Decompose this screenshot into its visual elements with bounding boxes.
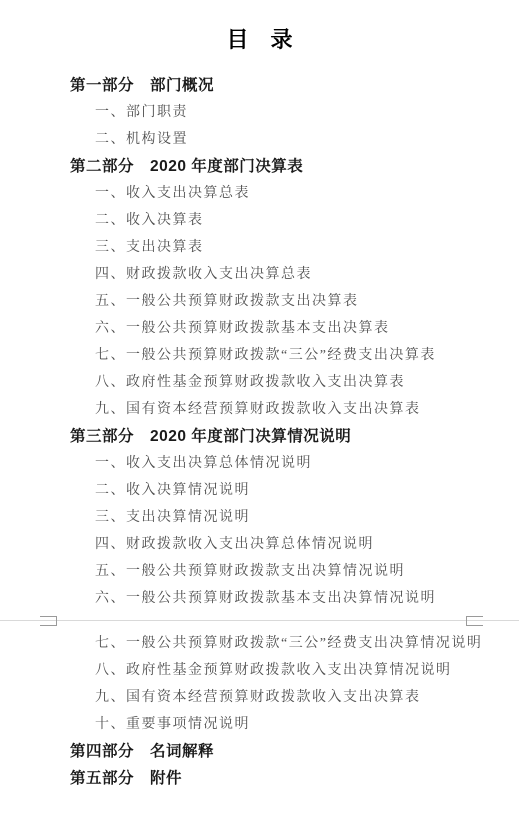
toc-part-3: 第三部分 2020 年度部门决算情况说明 bbox=[0, 423, 519, 450]
toc-entry: 七、一般公共预算财政拨款“三公”经费支出决算情况说明 bbox=[0, 630, 519, 657]
toc-part-5: 第五部分 附件 bbox=[0, 765, 519, 792]
toc-entry: 八、政府性基金预算财政拨款收入支出决算情况说明 bbox=[0, 657, 519, 684]
toc-entry: 四、财政拨款收入支出决算总表 bbox=[0, 261, 519, 288]
toc-entry: 三、支出决算表 bbox=[0, 234, 519, 261]
toc-entry: 六、一般公共预算财政拨款基本支出决算表 bbox=[0, 315, 519, 342]
toc-entry: 六、一般公共预算财政拨款基本支出决算情况说明 bbox=[0, 585, 519, 612]
toc-entry: 八、政府性基金预算财政拨款收入支出决算表 bbox=[0, 369, 519, 396]
toc-part-1: 第一部分 部门概况 bbox=[0, 72, 519, 99]
toc-part-4: 第四部分 名词解释 bbox=[0, 738, 519, 765]
toc-entry: 九、国有资本经营预算财政拨款收入支出决算表 bbox=[0, 684, 519, 711]
toc-entry: 二、收入决算表 bbox=[0, 207, 519, 234]
toc-entry: 五、一般公共预算财政拨款支出决算表 bbox=[0, 288, 519, 315]
toc-entry: 一、部门职责 bbox=[0, 99, 519, 126]
toc-entry: 九、国有资本经营预算财政拨款收入支出决算表 bbox=[0, 396, 519, 423]
page-margin-mark-right bbox=[466, 616, 483, 626]
toc-entry: 十、重要事项情况说明 bbox=[0, 711, 519, 738]
toc-entry: 二、机构设置 bbox=[0, 126, 519, 153]
table-of-contents: 第一部分 部门概况 一、部门职责 二、机构设置 第二部分 2020 年度部门决算… bbox=[0, 72, 519, 792]
toc-part-2: 第二部分 2020 年度部门决算表 bbox=[0, 153, 519, 180]
page-break-line bbox=[0, 620, 519, 621]
toc-entry: 一、收入支出决算总表 bbox=[0, 180, 519, 207]
toc-entry: 五、一般公共预算财政拨款支出决算情况说明 bbox=[0, 558, 519, 585]
toc-entry: 三、支出决算情况说明 bbox=[0, 504, 519, 531]
toc-entry: 二、收入决算情况说明 bbox=[0, 477, 519, 504]
document-page: { "page": { "title": "目 录", "background"… bbox=[0, 0, 519, 826]
page-break-divider bbox=[0, 612, 519, 630]
toc-entry: 七、一般公共预算财政拨款“三公”经费支出决算表 bbox=[0, 342, 519, 369]
page-title: 目 录 bbox=[0, 26, 519, 54]
toc-entry: 四、财政拨款收入支出决算总体情况说明 bbox=[0, 531, 519, 558]
toc-entry: 一、收入支出决算总体情况说明 bbox=[0, 450, 519, 477]
page-margin-mark-left bbox=[40, 616, 57, 626]
